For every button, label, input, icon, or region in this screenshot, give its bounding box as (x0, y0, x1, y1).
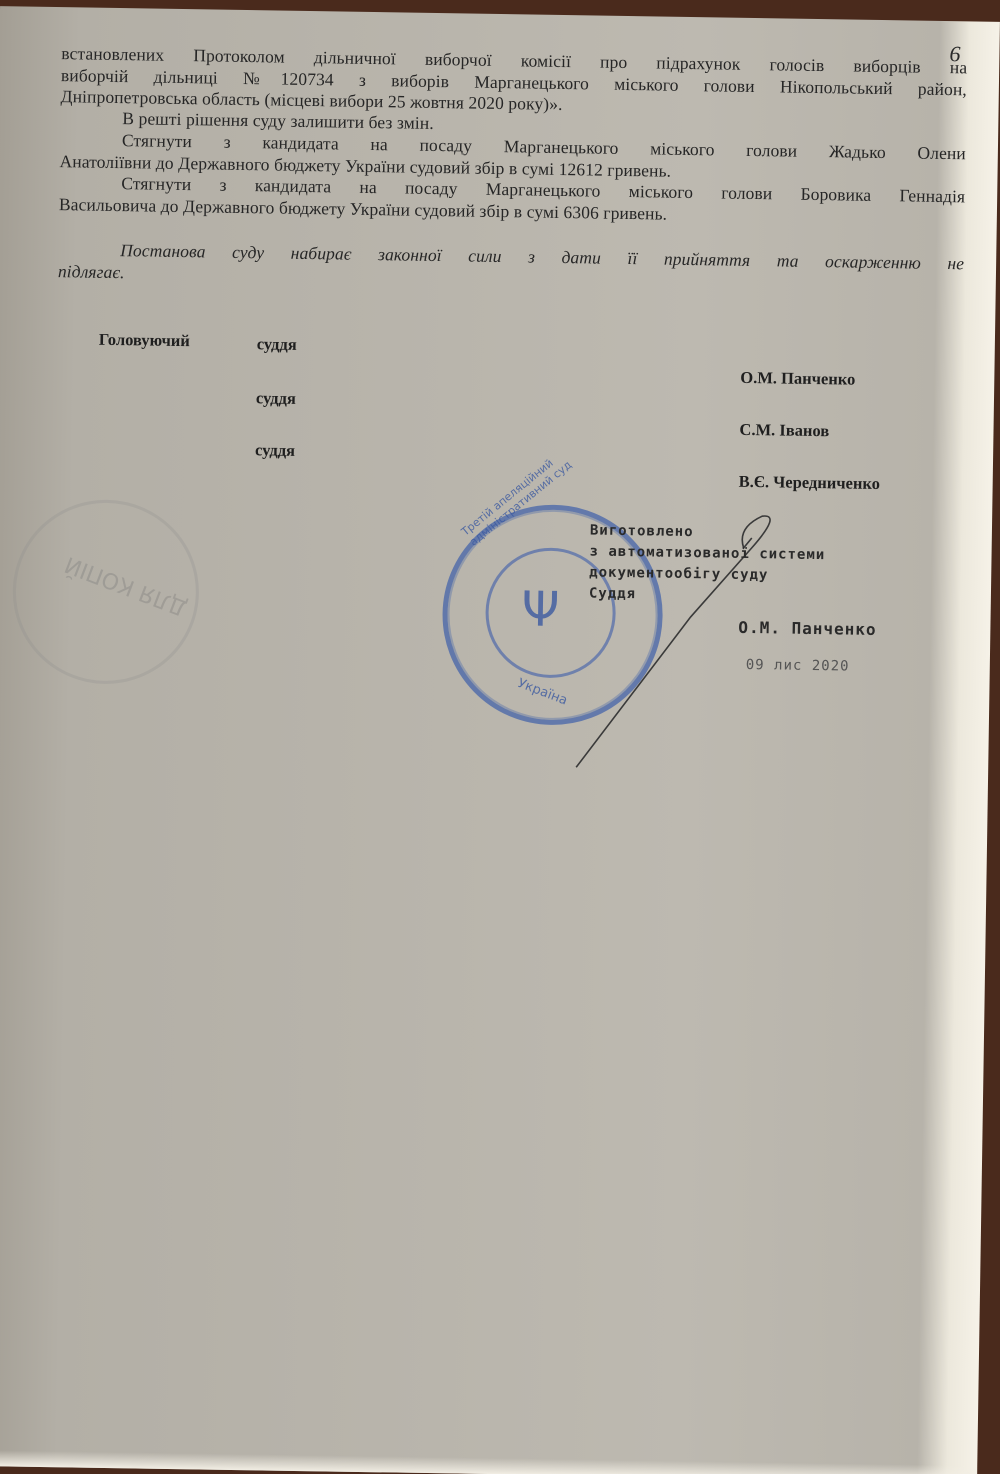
auto-stamp-date: 09 лис 2020 (746, 655, 850, 678)
auto-generated-stamp: Виготовлено з автоматизованої системи до… (589, 520, 826, 608)
auto-stamp-judge-name: О.М. Панченко (738, 617, 877, 640)
auto-stamp-line: Суддя (589, 583, 825, 608)
document-page: 6 встановлених Протоколом дільничної виб… (0, 6, 1000, 1474)
handwritten-signature (0, 6, 1000, 822)
